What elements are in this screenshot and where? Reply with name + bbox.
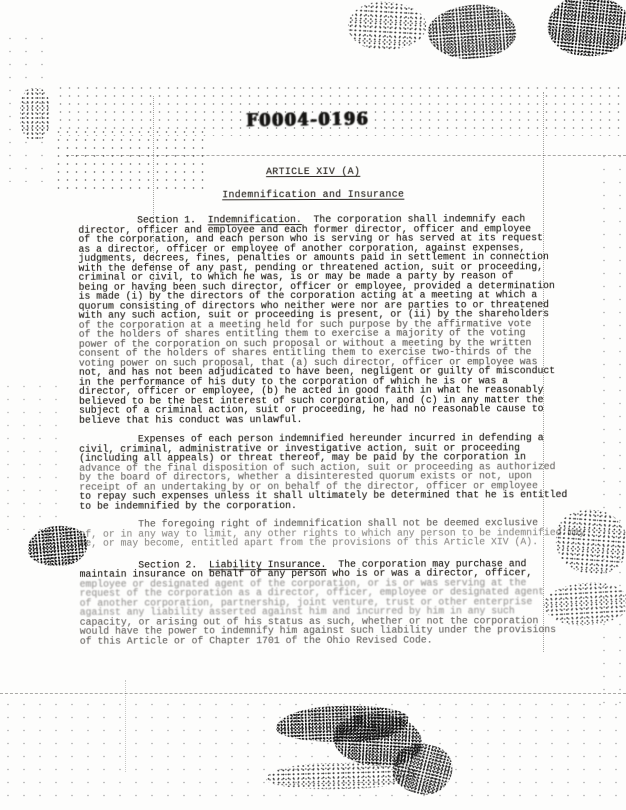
- scan-fold-line-bottom: [0, 693, 626, 694]
- section-1-indemnification: Section 1. Indemnification. The corporat…: [78, 214, 549, 425]
- noise-blob-bottom-1: [275, 704, 408, 745]
- text-line: be, or may become, entitled apart from t…: [79, 537, 549, 548]
- noise-band-bottom: [0, 698, 626, 803]
- noise-blob-bottom-4: [266, 761, 417, 791]
- noise-blob-bottom-2: [333, 712, 424, 769]
- noise-left-edge: [2, 32, 46, 182]
- noise-left-edge-marks: [20, 88, 50, 140]
- text-line: voting power on such proposal, that (a) …: [79, 357, 549, 368]
- noise-blob-top-right-3: [545, 0, 626, 60]
- scanned-document-page: F0004-0196 ARTICLE XIV (A) Indemnificati…: [0, 0, 626, 810]
- text-line: to be indemnified by the corporation.: [79, 500, 549, 511]
- scan-crease-bottom-left: [125, 680, 126, 772]
- subject-heading: Indemnification and Insurance: [78, 189, 548, 200]
- document-body: Section 1. Indemnification. The corporat…: [78, 214, 549, 646]
- article-heading: ARTICLE XIV (A): [78, 166, 548, 177]
- noise-left-margin: [0, 380, 70, 530]
- section-2-liability-insurance: Section 2. Liability Insurance. The corp…: [80, 559, 550, 646]
- noise-blob-bottom-3: [389, 738, 457, 801]
- text-line: believe that his conduct was unlawful.: [79, 414, 549, 425]
- text-line: receipt of an undertaking by or on behal…: [79, 481, 549, 492]
- scan-fold-line-top: [66, 155, 626, 156]
- document-number-stamp: F0004-0196: [246, 108, 369, 130]
- noise-blob-right-1: [554, 508, 626, 577]
- text-line: of this Article or of Chapter 1701 of th…: [80, 635, 550, 646]
- noise-blob-right-2: [543, 581, 626, 627]
- noise-blob-top-right-1: [347, 0, 427, 52]
- noise-blob-top-right-2: [426, 2, 518, 62]
- expenses-paragraph: Expenses of each person indemnified here…: [79, 433, 549, 511]
- document-text-column: ARTICLE XIV (A) Indemnification and Insu…: [78, 166, 550, 646]
- foregoing-rights-paragraph: The foregoing right of indemnification s…: [79, 518, 549, 548]
- noise-right-edge: [596, 150, 626, 710]
